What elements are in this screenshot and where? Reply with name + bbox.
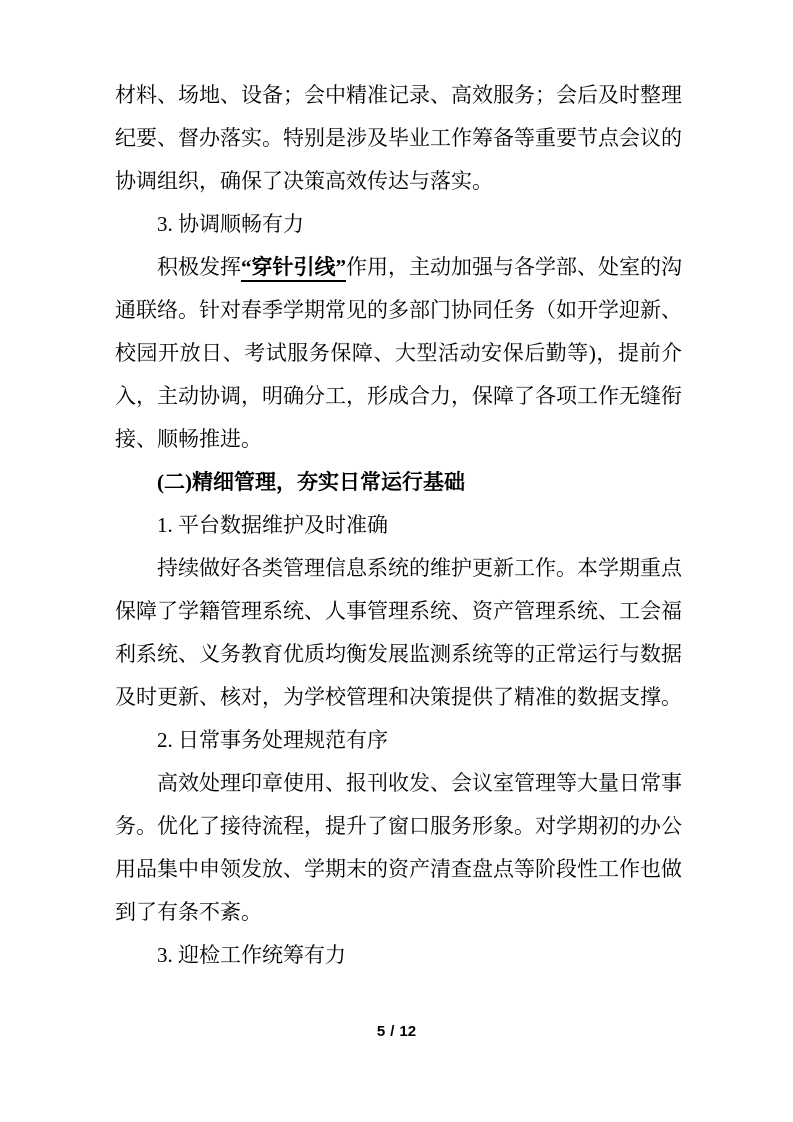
page-number-total: 12	[399, 1023, 416, 1040]
subheading-2-daily-affairs: 2. 日常事务处理规范有序	[115, 719, 682, 762]
subheading-3-coordination: 3. 协调顺畅有力	[115, 203, 682, 246]
paragraph-text-prefix: 积极发挥	[157, 255, 241, 279]
document-page: 材料、场地、设备；会中精准记录、高效服务；会后及时整理纪要、督办落实。特别是涉及…	[0, 0, 793, 1122]
body-paragraph-rich: 积极发挥“穿针引线”作用，主动加强与各学部、处室的沟通联络。针对春季学期常见的多…	[115, 246, 682, 461]
body-paragraph-platform-data: 持续做好各类管理信息系统的维护更新工作。本学期重点保障了学籍管理系统、人事管理系…	[115, 547, 682, 719]
section-heading-2-fine-management: (二)精细管理，夯实日常运行基础	[115, 461, 682, 504]
page-footer: 5/12	[0, 1021, 793, 1043]
page-number-separator: /	[390, 1023, 394, 1040]
body-paragraph-daily-affairs: 高效处理印章使用、报刊收发、会议室管理等大量日常事务。优化了接待流程，提升了窗口…	[115, 762, 682, 934]
emphasized-underlined-phrase: “穿针引线”	[241, 255, 346, 282]
subheading-1-platform-data: 1. 平台数据维护及时准确	[115, 504, 682, 547]
page-content: 材料、场地、设备；会中精准记录、高效服务；会后及时整理纪要、督办落实。特别是涉及…	[115, 74, 682, 977]
paragraph-text-suffix: 作用，主动加强与各学部、处室的沟通联络。针对春季学期常见的多部门协同任务（如开学…	[115, 255, 682, 451]
body-paragraph-continued: 材料、场地、设备；会中精准记录、高效服务；会后及时整理纪要、督办落实。特别是涉及…	[115, 74, 682, 203]
page-number-current: 5	[377, 1023, 385, 1040]
subheading-3-inspection: 3. 迎检工作统筹有力	[115, 934, 682, 977]
